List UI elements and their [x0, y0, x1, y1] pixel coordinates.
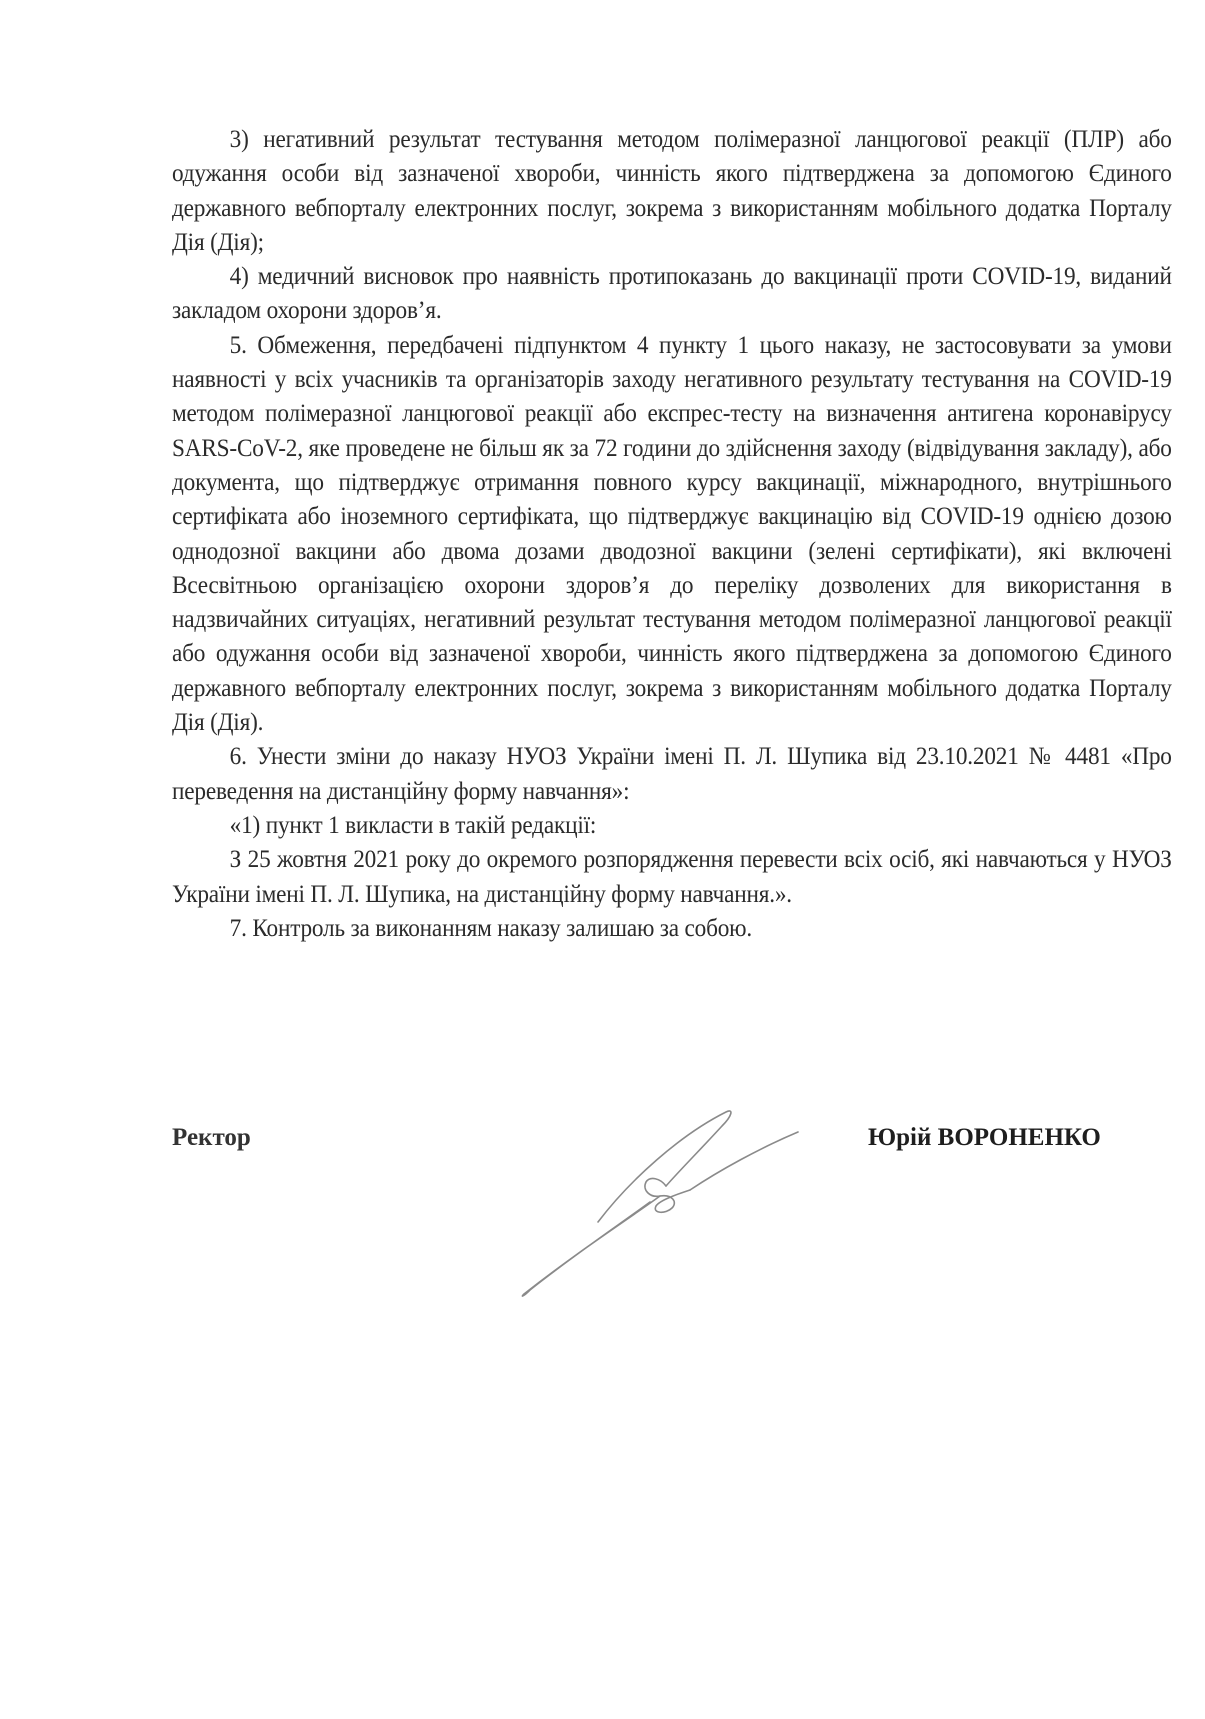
- paragraph-point-5: 5. Обмеження, передбачені підпунктом 4 п…: [172, 329, 1172, 741]
- handwritten-signature-icon: [500, 1090, 820, 1310]
- paragraph-point-6-sub-1: «1) пункт 1 викласти в такій редакції:: [172, 809, 1172, 843]
- signer-position: Ректор: [172, 1124, 251, 1152]
- paragraph-point-6-sub-1-text: З 25 жовтня 2021 року до окремого розпор…: [172, 843, 1172, 912]
- paragraph-item-4: 4) медичний висновок про наявність проти…: [172, 260, 1172, 329]
- paragraph-point-7: 7. Контроль за виконанням наказу залишаю…: [172, 912, 1172, 946]
- document-body: 3) негативний результат тестування метод…: [172, 123, 1172, 946]
- document-page: 3) негативний результат тестування метод…: [0, 0, 1205, 1719]
- paragraph-point-6: 6. Унести зміни до наказу НУОЗ України і…: [172, 740, 1172, 809]
- paragraph-item-3: 3) негативний результат тестування метод…: [172, 123, 1172, 260]
- signer-name: Юрій ВОРОНЕНКО: [868, 1124, 1101, 1152]
